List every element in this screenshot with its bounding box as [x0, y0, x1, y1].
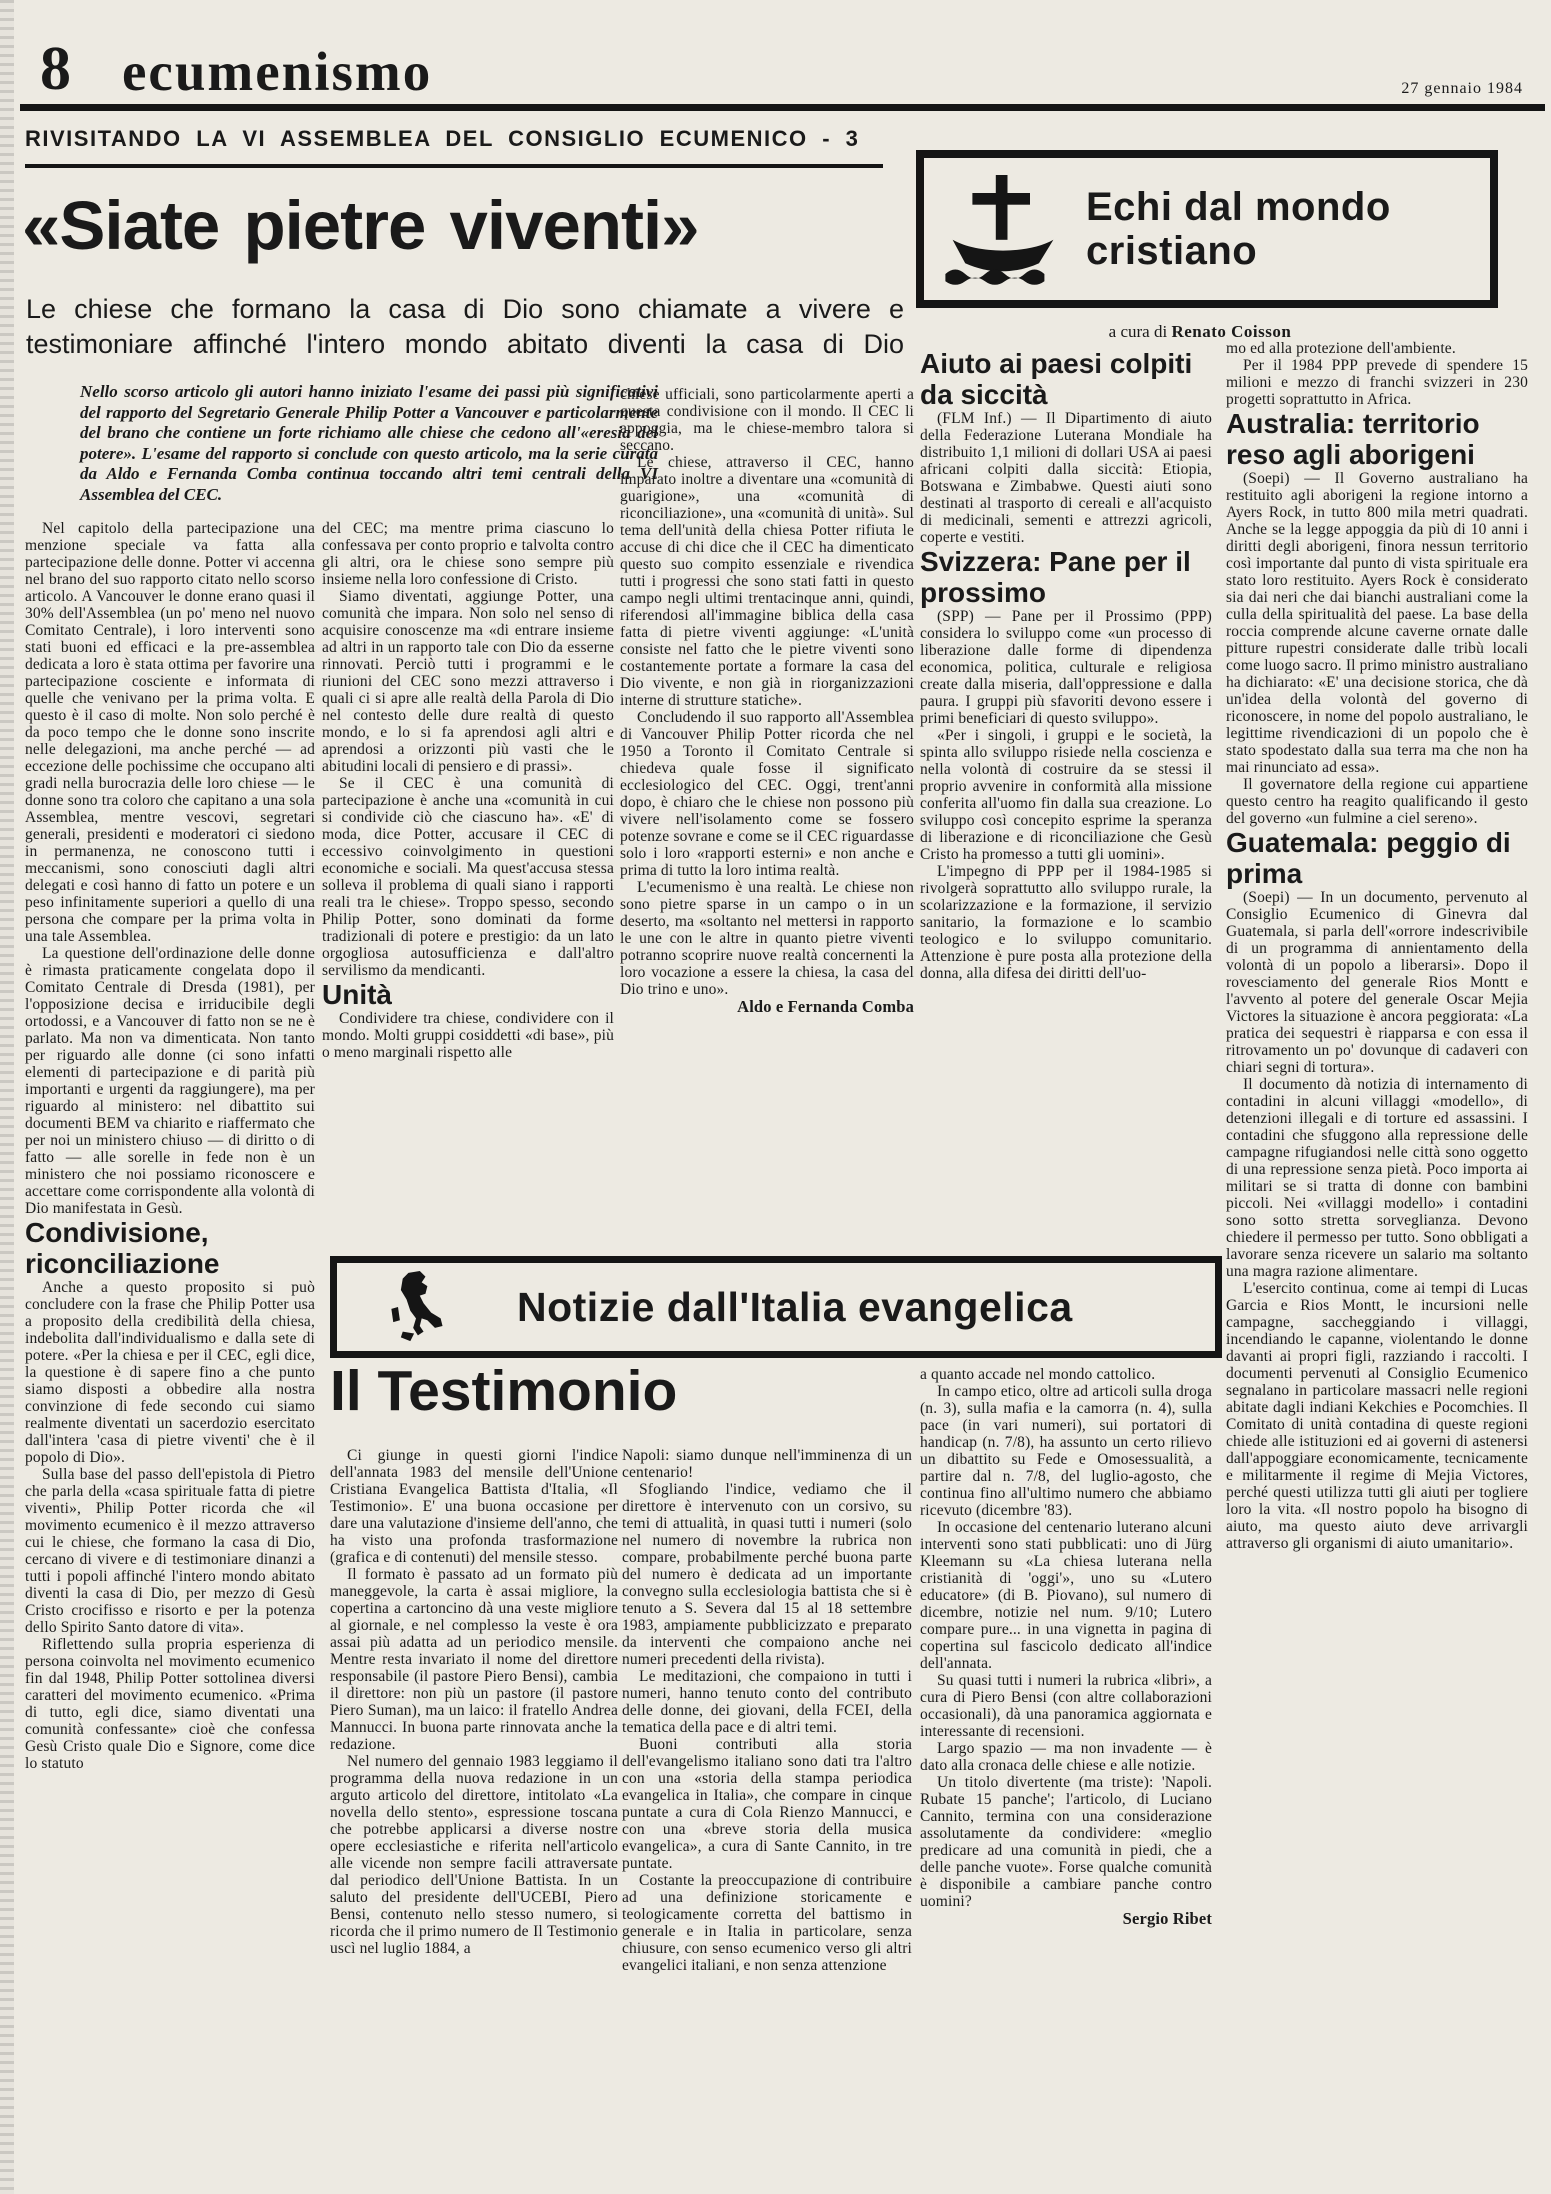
notizie-section-title: Notizie dall'Italia evangelica — [517, 1284, 1073, 1331]
testimonio-column-1: Ci giunge in questi giorni l'indice dell… — [330, 1447, 618, 2163]
article-paragraph-continuation: Napoli: siamo dunque nell'imminenza di u… — [622, 1447, 912, 1481]
article-paragraph: Il documento dà notizia di internamento … — [1226, 1076, 1528, 1280]
article-paragraph: Ci giunge in questi giorni l'indice dell… — [330, 1447, 618, 1566]
column-subheading: Condivisione, riconciliazione — [25, 1217, 315, 1279]
main-headline: «Siate pietre viventi» — [22, 186, 894, 265]
echi-column-2: mo ed alla protezione dell'ambiente.Per … — [1226, 340, 1528, 2152]
article-paragraph: (Soepi) — In un documento, pervenuto al … — [1226, 889, 1528, 1076]
main-article-column-1: Nel capitolo della partecipazione una me… — [25, 520, 315, 2160]
echi-section-title: Echi dal mondo cristiano — [1086, 185, 1490, 273]
kicker-row: RIVISITANDO LA VI ASSEMBLEA DEL CONSIGLI… — [25, 122, 883, 168]
main-article-column-2: del CEC; ma mentre prima ciascuno lo con… — [322, 520, 614, 1252]
echi-column-1: Aiuto ai paesi colpiti da siccità(FLM In… — [920, 348, 1212, 1250]
article-paragraph: Le chiese, attraverso il CEC, hanno impa… — [620, 454, 914, 709]
article-paragraph: Costante la preoccupazione di contribuir… — [622, 1872, 912, 1974]
article-paragraph: Nel numero del gennaio 1983 leggiamo il … — [330, 1753, 618, 1957]
article-paragraph: Largo spazio — ma non invadente — è dato… — [920, 1740, 1212, 1774]
echi-byline: a cura di Renato Coisson — [920, 322, 1480, 342]
article-paragraph: L'impegno di PPP per il 1984-1985 si riv… — [920, 863, 1212, 982]
column-subheading: Australia: territorio reso agli aborigen… — [1226, 408, 1528, 470]
main-article-column-3: chiese ufficiali, sono particolarmente a… — [620, 386, 914, 1252]
masthead-rule — [20, 104, 1545, 111]
byline-prefix: a cura di — [1109, 322, 1172, 341]
article-paragraph: Su quasi tutti i numeri la rubrica «libr… — [920, 1672, 1212, 1740]
article-paragraph: L'ecumenismo è una realtà. Le chiese non… — [620, 879, 914, 998]
testimonio-column-3: a quanto accade nel mondo cattolico.In c… — [920, 1366, 1212, 2166]
article-paragraph: (FLM Inf.) — Il Dipartimento di aiuto de… — [920, 410, 1212, 546]
article-paragraph-continuation: del CEC; ma mentre prima ciascuno lo con… — [322, 520, 614, 588]
article-paragraph: (SPP) — Pane per il Prossimo (PPP) consi… — [920, 608, 1212, 727]
article-paragraph: Siamo diventati, aggiunge Potter, una co… — [322, 588, 614, 775]
column-subheading: Guatemala: peggio di prima — [1226, 827, 1528, 889]
article-paragraph: Concludendo il suo rapporto all'Assemble… — [620, 709, 914, 879]
article-paragraph: Se il CEC è una comunità di partecipazio… — [322, 775, 614, 979]
article-paragraph-continuation: mo ed alla protezione dell'ambiente. — [1226, 340, 1528, 357]
main-subtitle: Le chiese che formano la casa di Dio son… — [26, 292, 904, 362]
article-paragraph: Buoni contributi alla storia dell'evange… — [622, 1736, 912, 1872]
article-paragraph: Le meditazioni, che compaiono in tutti i… — [622, 1668, 912, 1736]
article-paragraph: In campo etico, oltre ad articoli sulla … — [920, 1383, 1212, 1519]
article-signature: Aldo e Fernanda Comba — [620, 998, 914, 1015]
testimonio-column-2: Napoli: siamo dunque nell'imminenza di u… — [622, 1447, 912, 2163]
column-subheading: Svizzera: Pane per il prossimo — [920, 546, 1212, 608]
boat-cross-icon — [940, 173, 1066, 285]
newspaper-page: 8 ecumenismo 27 gennaio 1984 RIVISITANDO… — [0, 0, 1551, 2194]
article-paragraph: Il formato è passato ad un formato più m… — [330, 1566, 618, 1753]
column-subheading: Aiuto ai paesi colpiti da siccità — [920, 348, 1212, 410]
column-subheading: Unità — [322, 979, 614, 1010]
article-paragraph: Il governatore della regione cui apparti… — [1226, 776, 1528, 827]
article-paragraph: Condividere tra chiese, condividere con … — [322, 1010, 614, 1061]
article-paragraph: «Per i singoli, i gruppi e le società, l… — [920, 727, 1212, 863]
article-paragraph: Anche a questo proposito si può conclude… — [25, 1279, 315, 1466]
scan-edge-artifact — [0, 0, 14, 2194]
section-title: ecumenismo — [122, 40, 432, 103]
article-paragraph: (Soepi) — Il Governo australiano ha rest… — [1226, 470, 1528, 776]
page-number: 8 — [40, 34, 72, 105]
article-signature: Sergio Ribet — [920, 1910, 1212, 1927]
article-paragraph: La questione dell'ordinazione delle donn… — [25, 945, 315, 1217]
article-paragraph: In occasione del centenario luterano alc… — [920, 1519, 1212, 1672]
byline-name: Renato Coisson — [1171, 322, 1291, 341]
article-paragraph-continuation: a quanto accade nel mondo cattolico. — [920, 1366, 1212, 1383]
article-paragraph: Nel capitolo della partecipazione una me… — [25, 520, 315, 945]
article-paragraph: L'esercito continua, come ai tempi di Lu… — [1226, 1280, 1528, 1552]
article-paragraph: Per il 1984 PPP prevede di spendere 15 m… — [1226, 357, 1528, 408]
article-paragraph: Sfogliando l'indice, vediamo che il dire… — [622, 1481, 912, 1668]
article-paragraph: Un titolo divertente (ma triste): 'Napol… — [920, 1774, 1212, 1910]
editorial-intro: Nello scorso articolo gli autori hanno i… — [80, 382, 658, 505]
notizie-section-bar: Notizie dall'Italia evangelica — [330, 1256, 1222, 1358]
testimonio-headline: Il Testimonio — [330, 1358, 677, 1424]
article-kicker: RIVISITANDO LA VI ASSEMBLEA DEL CONSIGLI… — [25, 126, 859, 151]
article-paragraph: Riflettendo sulla propria esperienza di … — [25, 1636, 315, 1772]
article-paragraph: Sulla base del passo dell'epistola di Pi… — [25, 1466, 315, 1636]
echi-section-box: Echi dal mondo cristiano — [916, 150, 1498, 308]
article-paragraph-continuation: chiese ufficiali, sono particolarmente a… — [620, 386, 914, 454]
italy-map-icon — [385, 1271, 447, 1343]
issue-date: 27 gennaio 1984 — [1401, 80, 1523, 98]
